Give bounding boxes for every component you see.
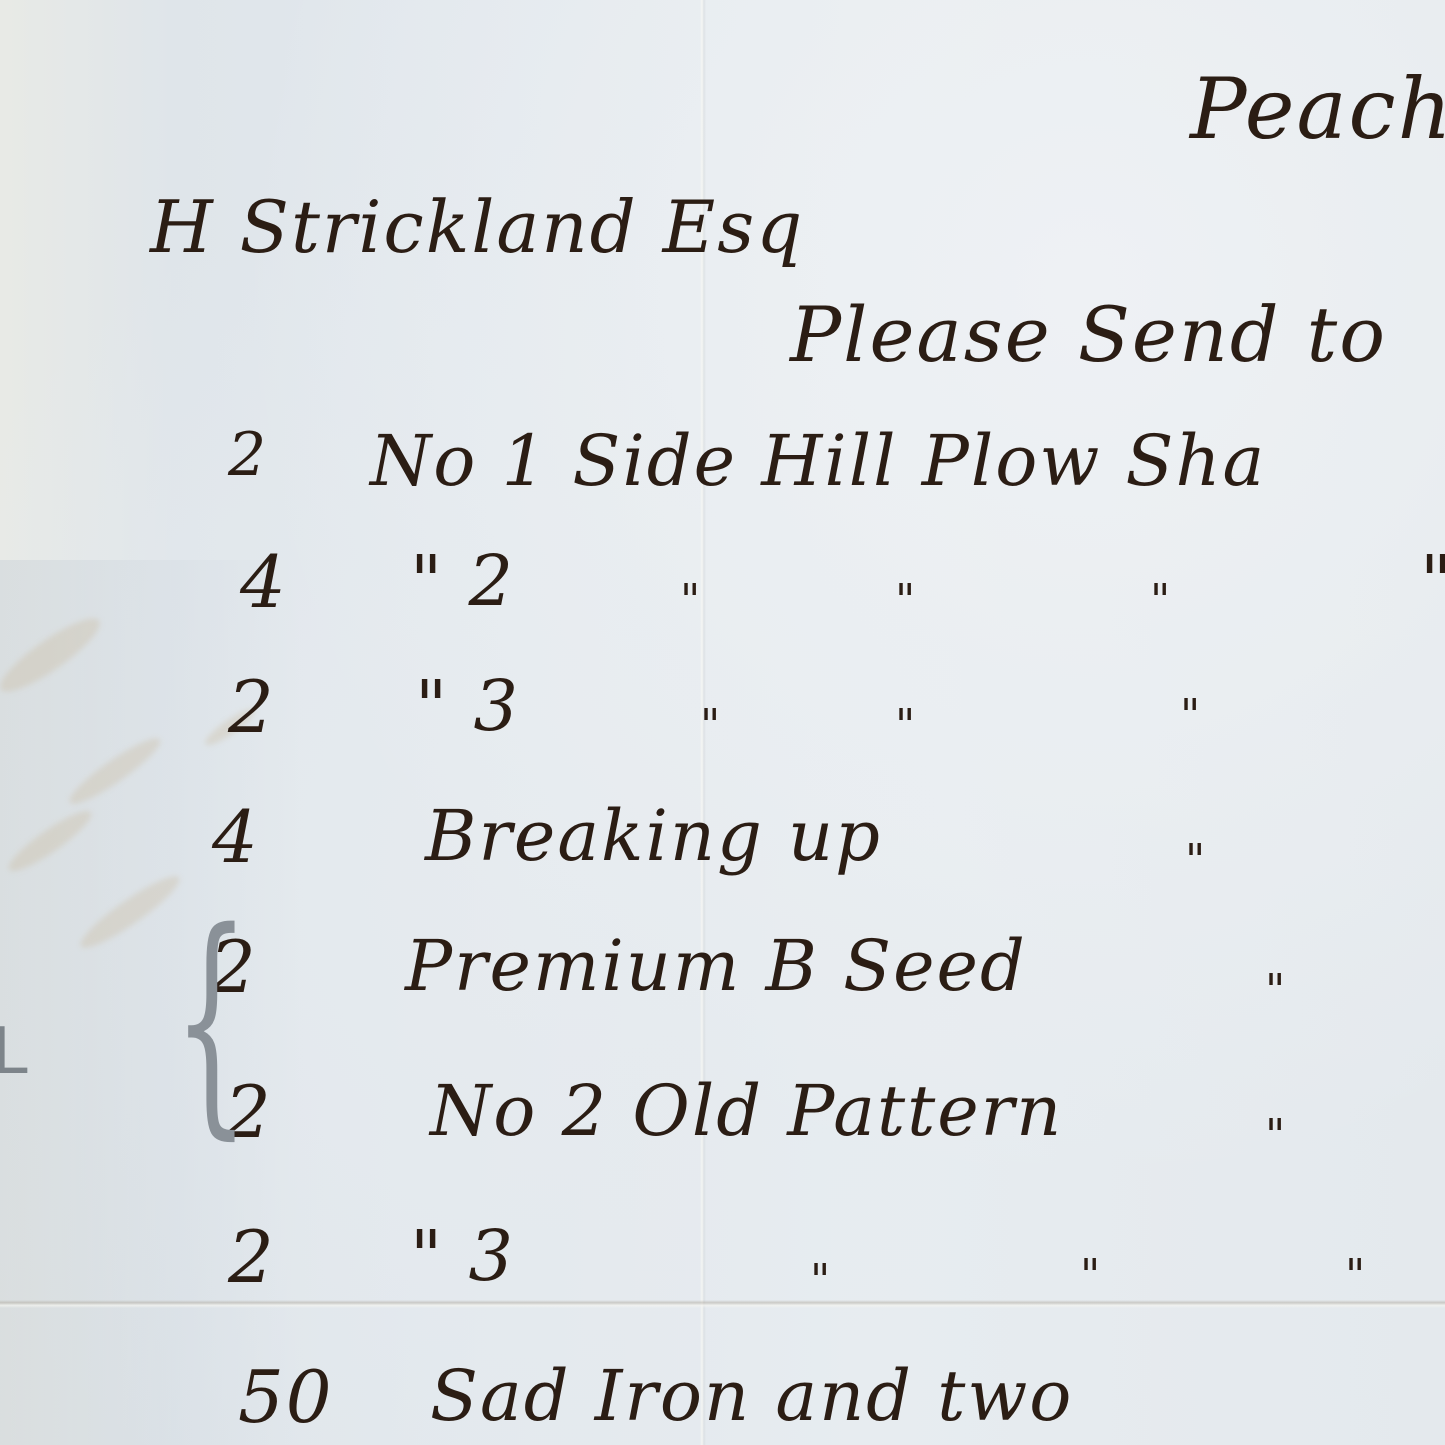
ditto-mark: "	[1265, 1110, 1287, 1161]
item-description: " 2	[410, 540, 515, 622]
item-quantity: 2	[228, 1215, 276, 1299]
ditto-mark: "	[1180, 690, 1202, 741]
ditto-mark: "	[700, 700, 722, 751]
ditto-mark: "	[1345, 1250, 1367, 1301]
item-description: No 1 Side Hill Plow Sha	[370, 420, 1266, 502]
item-description: Sad Iron and two	[430, 1355, 1073, 1437]
ditto-mark: "	[895, 575, 917, 626]
letter-page: Peach H Strickland Esq Please Send to 2 …	[0, 0, 1445, 1445]
ditto-mark: "	[895, 700, 917, 751]
ditto-mark: "	[810, 1255, 832, 1306]
place-heading: Peach	[1190, 60, 1445, 158]
horizontal-fold-line	[0, 1300, 1445, 1308]
item-quantity: 4	[240, 540, 288, 624]
item-quantity: 50	[238, 1355, 334, 1439]
addressee: H Strickland Esq	[150, 185, 804, 269]
ditto-mark: "	[1185, 835, 1207, 886]
item-description: " 3	[415, 665, 520, 747]
salutation: Please Send to	[790, 290, 1387, 379]
pencil-note: L	[0, 1015, 28, 1089]
item-description: No 2 Old Pattern	[430, 1070, 1063, 1152]
pencil-brace: {	[173, 880, 249, 1160]
ditto-mark: "	[680, 575, 702, 626]
item-description: " 3	[410, 1215, 515, 1297]
item-quantity: 2	[228, 420, 268, 490]
ditto-mark: "	[1080, 1250, 1102, 1301]
item-quantity: 4	[212, 795, 260, 879]
ditto-mark: "	[1420, 540, 1445, 622]
item-quantity: 2	[228, 665, 276, 749]
item-description: Breaking up	[425, 795, 882, 877]
item-description: Premium B Seed	[405, 925, 1027, 1007]
ditto-mark: "	[1265, 965, 1287, 1016]
ditto-mark: "	[1150, 575, 1172, 626]
